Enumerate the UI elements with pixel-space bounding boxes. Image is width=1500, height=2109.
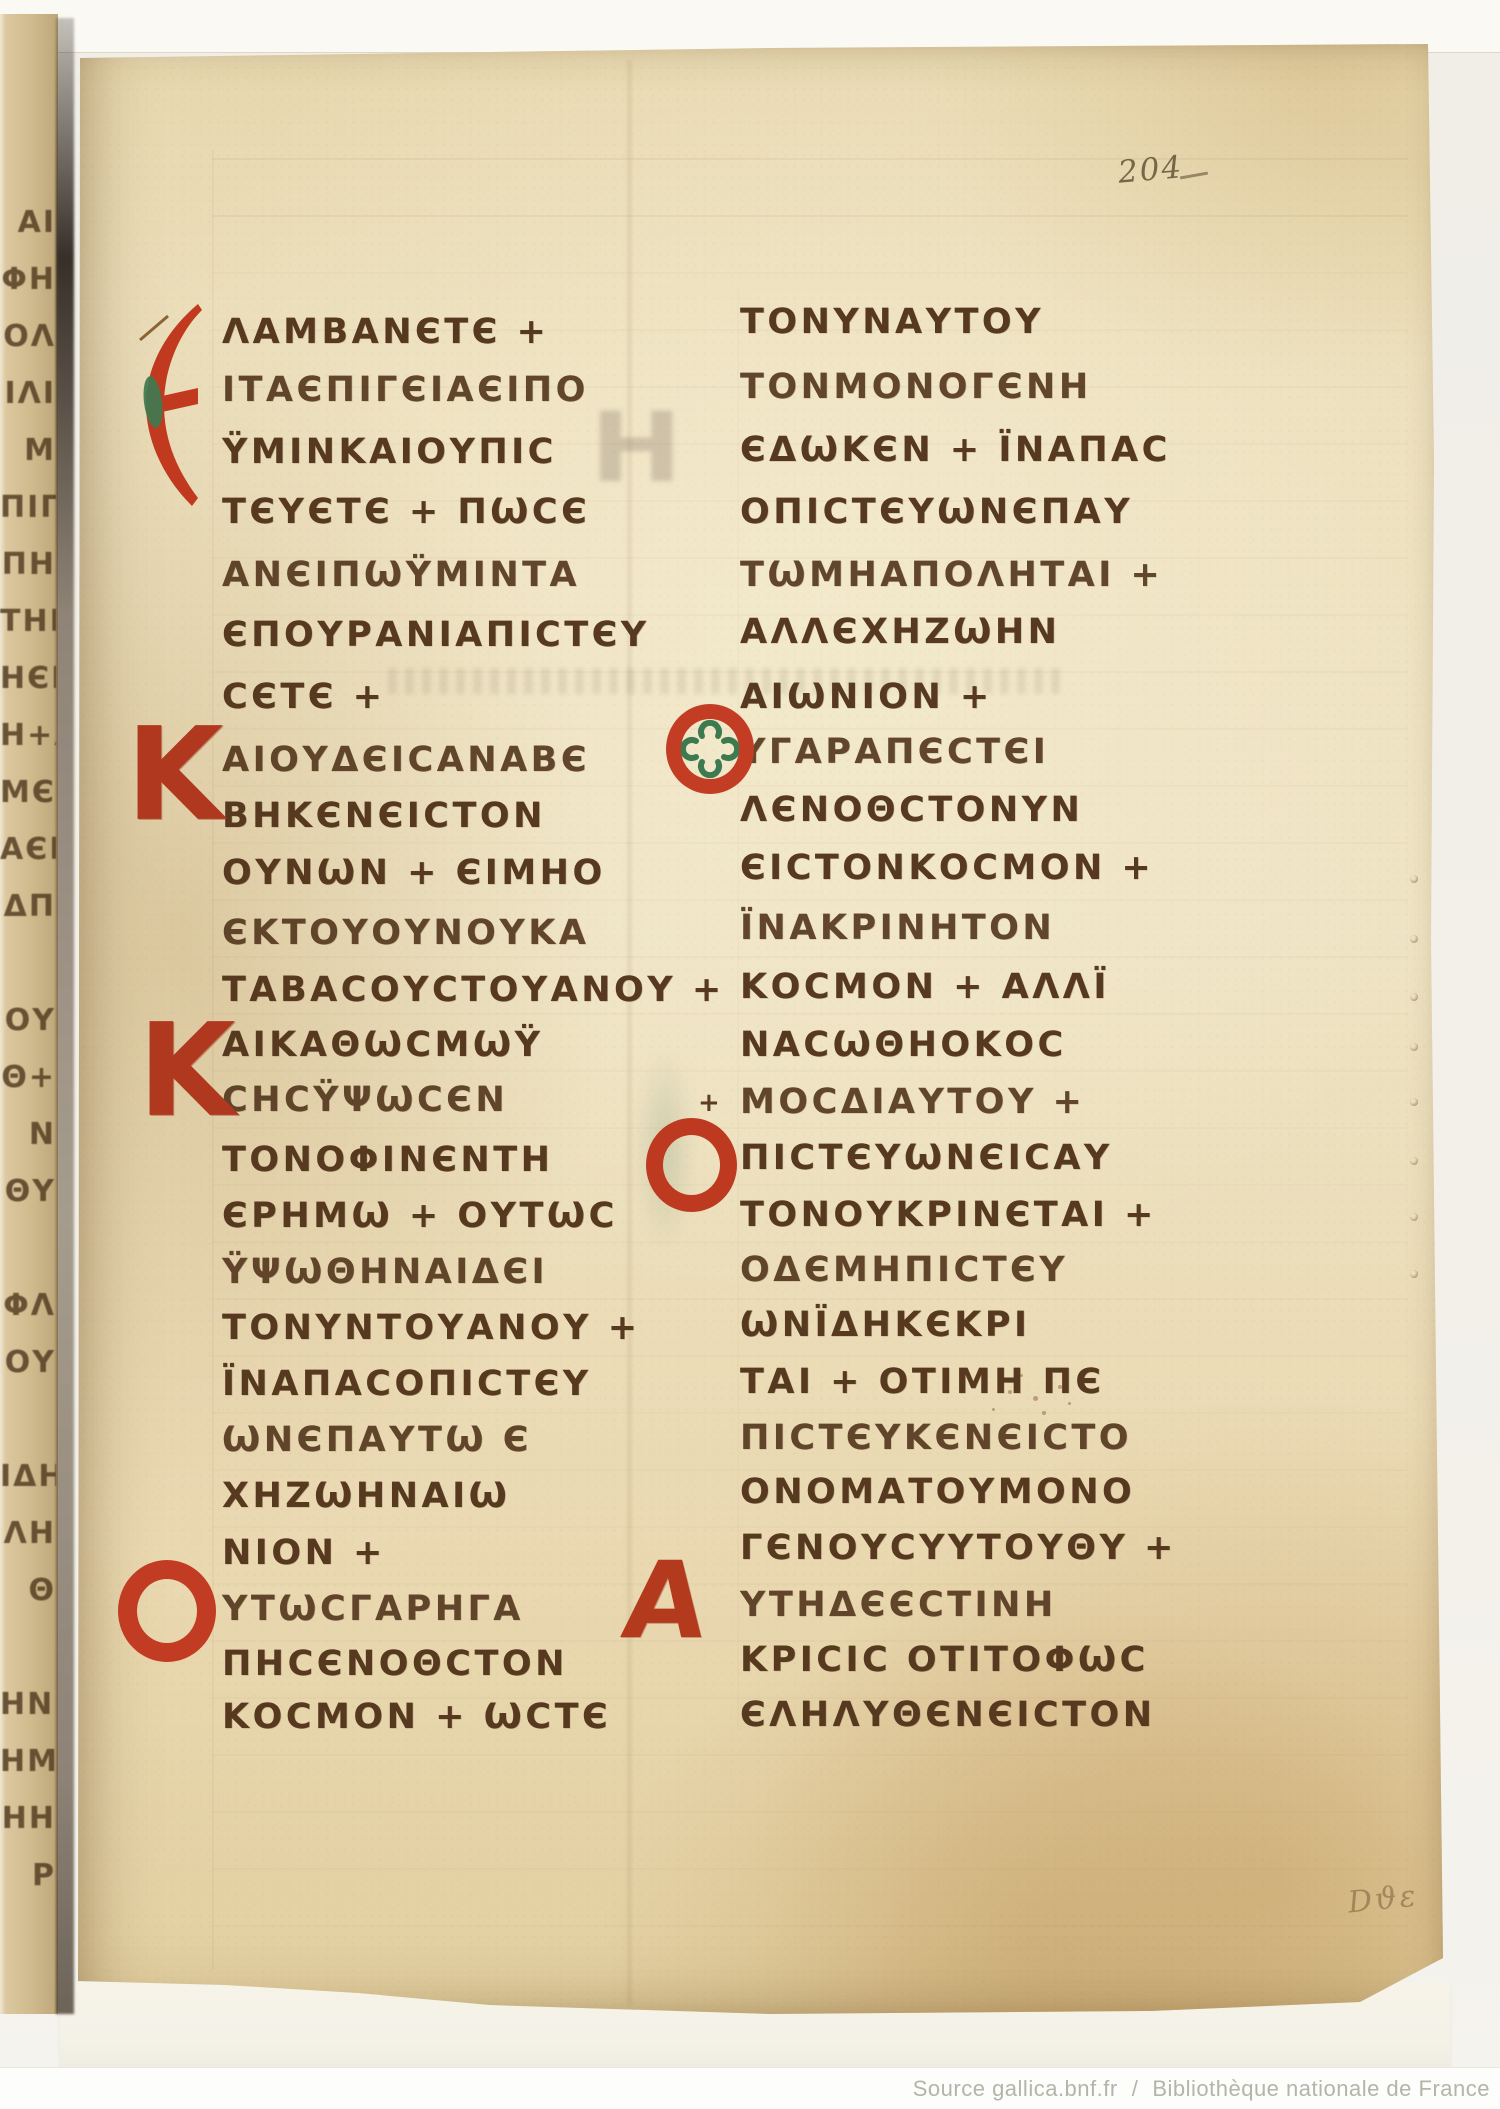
pricking-hole xyxy=(1410,875,1418,883)
facing-page-text-fragment: ΑЄΠ xyxy=(0,832,56,878)
text-line: ЄΛΗΛΥΘЄΝЄΙСΤΟΝ xyxy=(740,1695,1156,1735)
text-line: ѠΝЄΠΑΥΤѠ Є xyxy=(222,1420,532,1460)
ruling-line xyxy=(212,1241,1408,1243)
text-line: ΪΝΑΚΡΙΝΗΤΟΝ xyxy=(740,908,1055,948)
ruling-line xyxy=(212,1298,1408,1300)
pricking-hole xyxy=(1410,1270,1418,1278)
text-line: ΓЄΝΟΥСΥΥΤΟΥΘΥ + xyxy=(740,1528,1177,1568)
initial-alpha-rubric: Α xyxy=(617,1548,712,1654)
text-line: ΤЄΥЄΤЄ + ΠѠСЄ xyxy=(222,492,590,532)
ruling-line xyxy=(212,1469,1408,1471)
ruling-line xyxy=(212,1754,1408,1756)
facing-page-text-fragment: Η+Α xyxy=(0,718,56,764)
text-line: ΜΟСΔΙΑΥΤΟΥ + xyxy=(740,1082,1085,1122)
text-line: ΠΗСЄΝΟΘСΤΟΝ xyxy=(222,1644,568,1684)
text-line: ΠΙСΤЄΥѠΝЄΙСΑΥ xyxy=(740,1138,1113,1178)
text-line: ΛΑΜΒΑΝЄΤЄ + xyxy=(222,312,549,352)
facing-page-text-fragment: ΦΗ xyxy=(0,262,56,308)
text-line: ΒΗΚЄΝЄΙСΤΟΝ xyxy=(222,796,546,836)
facing-page-text-fragment: ΠΗ xyxy=(0,547,56,593)
text-line: ΤΑΒΑСΟΥСΤΟΥΑΝΟΥ + xyxy=(222,970,725,1010)
pricking-hole xyxy=(1410,1098,1418,1106)
stain-speckle xyxy=(992,1408,995,1411)
text-line: ΑΙѠΝΙΟΝ + xyxy=(740,677,993,717)
gallica-manuscript-scan: ΑΙΦΗΟΛΙΛΙΜΠΙΓΠΗΤΗΠΗЄΗΗ+ΑΜЄΚΟΑЄΠΔΠΟΥΘ+ΝΘΥ… xyxy=(0,0,1500,2109)
facing-page-edge: ΑΙΦΗΟΛΙΛΙΜΠΙΓΠΗΤΗΠΗЄΗΗ+ΑΜЄΚΟΑЄΠΔΠΟΥΘ+ΝΘΥ… xyxy=(0,14,58,2014)
initial-kappa-rubric-1: Κ xyxy=(126,711,224,840)
text-line: ΫΨѠΘΗΝΑΙΔЄΙ xyxy=(222,1252,548,1292)
facing-page-text-fragment: ΦΛ xyxy=(0,1288,56,1334)
source-credit: Source gallica.bnf.fr xyxy=(913,2076,1118,2102)
book-gutter xyxy=(56,18,74,2014)
initial-omicron-rubric-right xyxy=(646,1118,737,1212)
text-line: СΗСΫΨѠСЄΝ xyxy=(222,1080,508,1120)
facing-page-text-fragment: ΟΛ xyxy=(0,319,56,365)
text-line: ΥΤΗΔЄЄСΤΙΝΗ xyxy=(740,1585,1057,1625)
ruling-line-vertical xyxy=(737,290,739,1730)
ruling-line xyxy=(212,215,1408,217)
text-line: ΟΥΝѠΝ + ЄΙΜΗΟ xyxy=(222,853,606,893)
ruling-line xyxy=(212,1925,1408,1927)
folio-number: 204 xyxy=(1117,149,1185,191)
text-line: ѠΝΪΔΗΚЄΚΡΙ xyxy=(740,1305,1031,1345)
gallica-source-bar: Source gallica.bnf.fr / Bibliothèque nat… xyxy=(0,2067,1500,2109)
facing-page-text-fragment: ΟΥ xyxy=(0,1003,56,1049)
manuscript-page: Η 204 Dϑε ΛΑΜΒΑΝЄΤЄ +ΙΤΑЄΠΙΓЄΙΑЄΙΠΟΫΜΙΝΚ… xyxy=(70,40,1445,2020)
text-line: ΫΜΙΝΚΑΙΟΥΠΙС xyxy=(222,432,557,472)
ruling-line xyxy=(212,1127,1408,1129)
text-line: ΑΙΚΑΘѠСΜѠΫ xyxy=(222,1025,543,1065)
facing-page-text-fragment: ΛΗ xyxy=(0,1516,56,1562)
text-line: ΧΗΖѠΗΝΑΙѠ xyxy=(222,1476,510,1516)
ruling-line xyxy=(212,899,1408,901)
facing-page-text-fragment: ΗΝΙ xyxy=(0,1687,56,1733)
text-line: ΤΟΝΥΝΤΟΥΑΝΟΥ + xyxy=(222,1308,641,1348)
text-line: ΤΟΝΥΝΑΥΤΟΥ xyxy=(740,302,1044,342)
initial-omicron-decorated xyxy=(666,704,754,794)
facing-page-text-fragment: ΔΠ xyxy=(0,889,56,935)
text-line: ΑΛΛЄΧΗΖѠΗΝ xyxy=(740,612,1060,652)
text-line: ΠΙСΤЄΥΚЄΝЄΙСΤΟ xyxy=(740,1418,1132,1458)
text-line: ЄΡΗΜѠ + ΟΥΤѠС xyxy=(222,1196,618,1236)
corner-inscription: Dϑε xyxy=(1346,1878,1420,1920)
ruling-line xyxy=(212,1355,1408,1357)
ruling-line xyxy=(212,1070,1408,1072)
ruling-line xyxy=(212,158,1408,160)
facing-page-text-fragment: ΗЄΗ xyxy=(0,661,56,707)
facing-page-text-fragment: ΠΙΓ xyxy=(0,490,56,536)
pricking-hole xyxy=(1410,1043,1418,1051)
text-line: ΑΙΟΥΔЄΙСΑΝΑΒЄ xyxy=(222,740,590,780)
pricking-hole xyxy=(1410,993,1418,1001)
text-line: ЄΔѠΚЄΝ + ΪΝΑΠΑС xyxy=(740,430,1171,470)
facing-page-text-fragment: Μ xyxy=(0,433,56,479)
text-line: ΤѠΜΗΑΠΟΛΗΤΑΙ + xyxy=(740,555,1163,595)
ruling-line xyxy=(212,1868,1408,1870)
facing-page-text-fragment: ΗΜ xyxy=(0,1744,56,1790)
text-line: ΤΟΝΟΥΚΡΙΝЄΤΑΙ + xyxy=(740,1195,1157,1235)
facing-page-text-fragment: Ρ xyxy=(0,1858,56,1904)
text-line: ΚΟСΜΟΝ + ΑΛΛΪ xyxy=(740,967,1110,1007)
text-line: ΤΟΝΟΦΙΝЄΝΤΗ xyxy=(222,1140,553,1180)
facing-page-text-fragment: ΑΙ xyxy=(0,205,56,251)
facing-page-text-fragment: ΗΗ xyxy=(0,1801,56,1847)
text-line: ΚΟСΜΟΝ + ѠСΤЄ xyxy=(222,1697,611,1737)
text-line: ЄΙСΤΟΝΚΟСΜΟΝ + xyxy=(740,848,1154,888)
institution-credit: Bibliothèque nationale de France xyxy=(1152,2076,1490,2102)
facing-page-text-fragment: ΟΥ xyxy=(0,1345,56,1391)
text-line: ΟΠΙСΤЄΥѠΝЄΠΑΥ xyxy=(740,492,1133,532)
text-line: ΛЄΝΟΘСΤΟΝΥΝ xyxy=(740,790,1083,830)
pricking-hole xyxy=(1410,935,1418,943)
initial-omicron-rubric-left xyxy=(118,1560,216,1662)
stain-speckle xyxy=(1042,1411,1046,1415)
stain-speckle xyxy=(1068,1402,1071,1405)
text-line: ΙΤΑЄΠΙΓЄΙΑЄΙΠΟ xyxy=(222,370,589,410)
facing-page-text-fragment: Θ xyxy=(0,1573,56,1619)
text-line: ΥΤѠСΓΑΡΗΓΑ xyxy=(222,1589,524,1629)
facing-page-text-fragment: ΜЄΚΟ xyxy=(0,775,56,821)
text-line: СЄΤЄ + xyxy=(222,677,385,717)
ruling-line xyxy=(212,785,1408,787)
text-line: ΥΓΑΡΑΠЄСΤЄΙ xyxy=(740,732,1049,772)
facing-page-text-fragment: Θ+ xyxy=(0,1060,56,1106)
ruling-line xyxy=(212,1184,1408,1186)
source-divider: / xyxy=(1132,2076,1139,2102)
text-line: ΝΑСѠΘΗΟΚΟС xyxy=(740,1025,1067,1065)
show-through-mark: Η xyxy=(590,392,682,504)
initial-kappa-rubric-2: Κ xyxy=(138,1007,236,1136)
text-line: ΤΑΙ + ΟΤΙΜΗ ΠЄ xyxy=(740,1362,1105,1402)
facing-page-text-fragment: ΙΛΙ xyxy=(0,376,56,422)
text-line: ЄΚΤΟΥΟΥΝΟΥΚΑ xyxy=(222,913,589,953)
text-line: ΪΝΑΠΑСΟΠΙСΤЄΥ xyxy=(222,1364,592,1404)
text-line: ΟΔЄΜΗΠΙСΤЄΥ xyxy=(740,1250,1068,1290)
text-line: ΑΝЄΙΠѠΫΜΙΝΤΑ xyxy=(222,555,580,595)
text-line: ΤΟΝΜΟΝΟΓЄΝΗ xyxy=(740,367,1092,407)
ruling-line xyxy=(212,272,1408,274)
ruling-line xyxy=(212,1811,1408,1813)
ruling-line xyxy=(212,1013,1408,1015)
ruling-line xyxy=(212,728,1408,730)
text-line: ЄΠΟΥΡΑΝΙΑΠΙСΤЄΥ xyxy=(222,615,650,655)
text-line: ΟΝΟΜΑΤΟΥΜΟΝΟ xyxy=(740,1472,1135,1512)
facing-page-text-fragment: Ν xyxy=(0,1117,56,1163)
ruling-line xyxy=(212,956,1408,958)
text-line: ΝΙΟΝ + xyxy=(222,1533,386,1573)
folio-number-flourish xyxy=(1180,172,1208,180)
pricking-hole xyxy=(1410,1213,1418,1221)
facing-page-text-fragment: ΘΥ xyxy=(0,1174,56,1220)
text-line: ΚΡΙСΙС ΟΤΙΤΟΦѠС xyxy=(740,1640,1149,1680)
facing-page-text-fragment: ΤΗΠ xyxy=(0,604,56,650)
ruling-line xyxy=(212,1412,1408,1414)
initial-epsilon-rubric xyxy=(138,302,204,508)
cross-separator-mark: + xyxy=(698,1088,720,1118)
ruling-line xyxy=(212,842,1408,844)
facing-page-text-fragment: ΙΔΗ xyxy=(0,1459,56,1505)
pricking-hole xyxy=(1410,1157,1418,1165)
